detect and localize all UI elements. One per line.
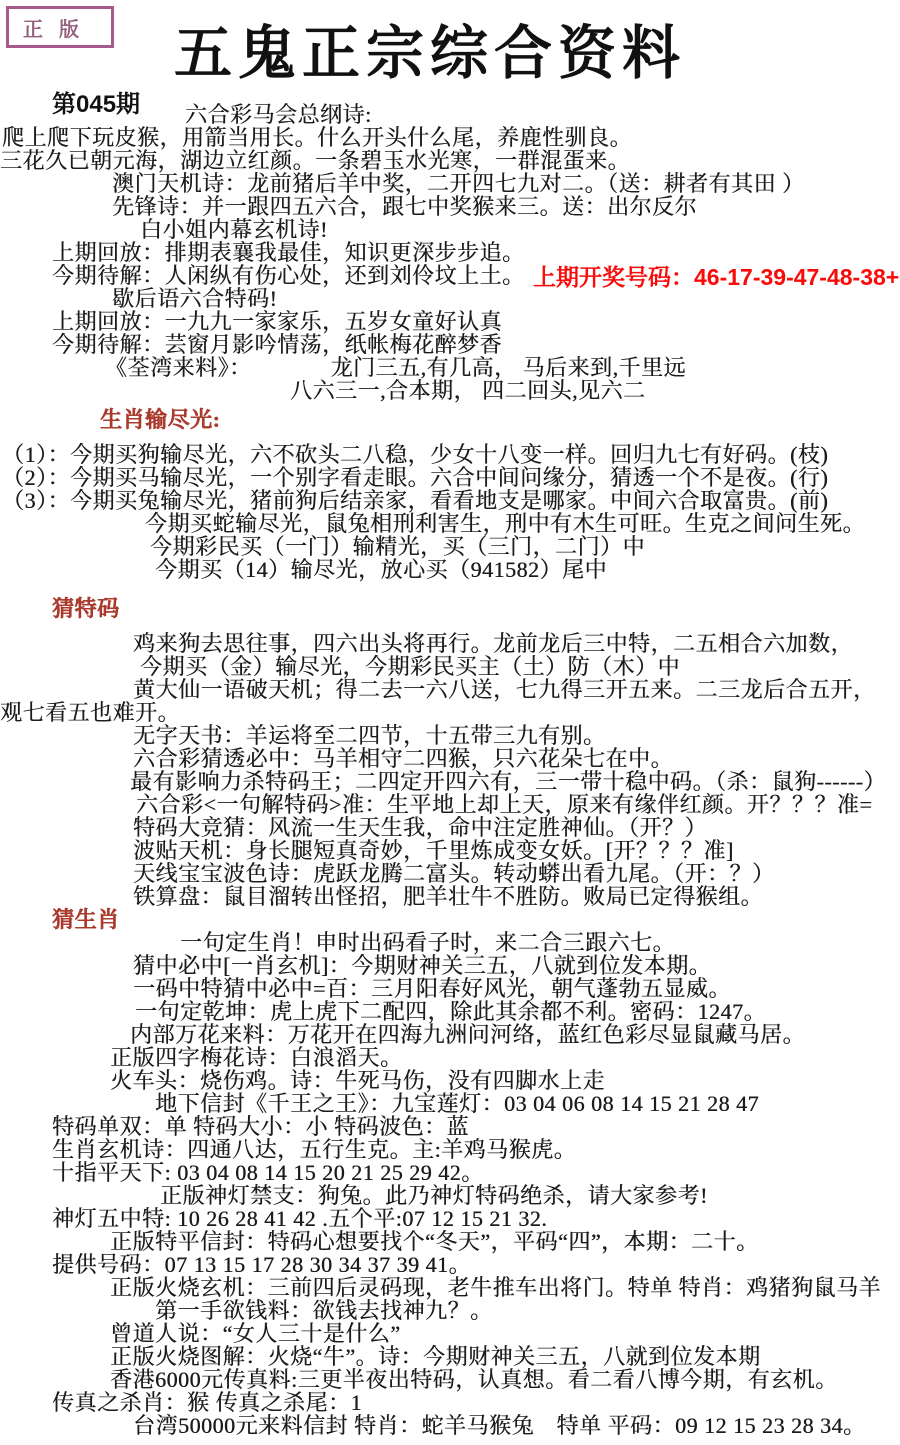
text-line: 上期回放：排期表襄我最佳，知识更深步步追。: [0, 241, 900, 264]
text-line: 内部万花来料：万花开在四海九洲问河络，蓝红色彩尽显鼠藏马居。: [0, 1023, 900, 1046]
text-line: 白小姐内幕玄机诗!: [0, 218, 900, 241]
text-line: 歇后语六合特码!: [0, 287, 900, 310]
text-line: 曾道人说：“女人三十是什么”: [0, 1322, 900, 1345]
page: 正版 五鬼正宗综合资料 第045期 上期开奖号码：46-17-39-47-48-…: [0, 0, 900, 1445]
text-line: 猜中必中[一肖玄机]：今期财神关三五，八就到位发本期。: [0, 954, 900, 977]
text-line: 天线宝宝波色诗：虎跃龙腾二富头。转动蟒出看九尾。（开：？）: [0, 862, 900, 885]
text-line: 正版火烧图解：火烧“牛”。诗：今期财神关三五，八就到位发本期: [0, 1345, 900, 1368]
text-line: 先锋诗：并一跟四五六合，跟七中奖猴来三。送：出尔反尔: [0, 195, 900, 218]
text-line: 今期买（金）输尽光，今期彩民买主（土）防（木）中: [0, 655, 900, 678]
text-line: 今期待解：人闲纵有伤心处，还到刘伶坟上土。: [0, 264, 900, 287]
text-line: 特码单双：单 特码大小：小 特码波色：蓝: [0, 1115, 900, 1138]
text-line: （3）：今期买兔输尽光，猪前狗后结亲家，看看地支是哪家。中间六合取富贵。(前): [0, 489, 900, 512]
text-line: 八六三一,合本期， 四二回头,见六二: [0, 379, 900, 402]
text-line: 传真之杀肖：猴 传真之杀尾：1: [0, 1391, 900, 1414]
text-line: 今期买（14）输尽光，放心买（941582）尾中: [0, 558, 900, 581]
text-line: 《荃湾来料》： 龙门三五,有几高， 马后来到,千里远: [0, 356, 900, 379]
text-line: （2）：今期买马输尽光，一个别字看走眼。六合中间问缘分，猜透一个不是夜。(行): [0, 466, 900, 489]
document-body: 六合彩马会总纲诗:爬上爬下玩皮猴，用箭当用长。什么开头什么尾，养鹿性驯良。三花久…: [0, 103, 900, 1437]
text-line: 香港6000元传真料:三更半夜出特码，认真想。看二看八博今期，有玄机。: [0, 1368, 900, 1391]
text-line: 第一手欲钱料：欲钱去找神九？。: [0, 1299, 900, 1322]
text-line: 台湾50000元来料信封 特肖：蛇羊马猴兔 特单 平码：09 12 15 23 …: [0, 1414, 900, 1437]
text-line: 正版火烧玄机：三前四后灵码现，老牛推车出将门。特单 特肖：鸡猪狗鼠马羊: [0, 1276, 900, 1299]
text-line: 上期回放：一九九一家家乐，五岁女童好认真: [0, 310, 900, 333]
text-line: 黄大仙一语破天机；得二去一六八送，七九得三开五来。二三龙后合五开，: [0, 678, 900, 701]
text-line: 六合彩猜透必中：马羊相守二四猴，只六花朵七在中。: [0, 747, 900, 770]
text-line: 波贴天机：身长腿短真奇妙，千里炼成变女妖。[开？？？准]: [0, 839, 900, 862]
text-line: 今期彩民买（一门）输精光，买（三门，二门）中: [0, 535, 900, 558]
text-line: 十指平天下: 03 04 08 14 15 20 21 25 29 42。: [0, 1161, 900, 1184]
text-line: 神灯五中特: 10 26 28 41 42 .五个平:07 12 15 21 3…: [0, 1207, 900, 1230]
text-line: 正版特平信封：特码心想要找个“冬天”，平码“四”，本期：二十。: [0, 1230, 900, 1253]
text-line: 火车头：烧伤鸡。诗：牛死马伤，没有四脚水上走: [0, 1069, 900, 1092]
text-line: 无字天书：羊运将至二四节，十五带三九有别。: [0, 724, 900, 747]
text-line: 一码中特猜中必中=百：三月阳春好风光，朝气蓬勃五显威。: [0, 977, 900, 1000]
text-line: 澳门天机诗：龙前猪后羊中奖，二开四七九对二。（送：耕者有其田 ）: [0, 172, 900, 195]
page-title: 五鬼正宗综合资料: [0, 6, 860, 90]
text-line: 六合彩<一句解特码>准：生平地上却上天，原来有缘伴红颜。开？？？准=: [0, 793, 900, 816]
text-line: 正版神灯禁支：狗兔。此乃神灯特码绝杀，请大家参考!: [0, 1184, 900, 1207]
text-line: 特码大竞猜：风流一生天生我，命中注定胜神仙。（开？）: [0, 816, 900, 839]
text-line: 一句定生肖！申时出码看子时，来二合三跟六七。: [0, 931, 900, 954]
text-line: 观七看五也难开。: [0, 701, 900, 724]
text-line: 提供号码：07 13 15 17 28 30 34 37 39 41。: [0, 1253, 900, 1276]
text-line: 六合彩马会总纲诗:: [0, 103, 900, 126]
text-line: 今期待解：芸窗月影吟情荡，纸帐梅花醉梦香: [0, 333, 900, 356]
section-heading: 猜特码: [0, 597, 900, 620]
text-line: 铁算盘：鼠目溜转出怪招，肥羊壮牛不胜防。败局已定得猴组。: [0, 885, 900, 908]
text-line: 三花久已朝元海，湖边立红颜。一条碧玉水光寒，一群混蛋来。: [0, 149, 900, 172]
text-line: （1）：今期买狗输尽光，六不砍头二八稳，少女十八变一样。回归九七有好码。(枝): [0, 443, 900, 466]
text-line: 生肖玄机诗：四通八达，五行生克。主:羊鸡马猴虎。: [0, 1138, 900, 1161]
text-line: 今期买蛇输尽光，鼠兔相刑利害生，刑中有木生可旺。生克之间问生死。: [0, 512, 900, 535]
section-heading: 生肖输尽光:: [0, 408, 900, 431]
text-line: 正版四字梅花诗：白浪滔天。: [0, 1046, 900, 1069]
text-line: 一句定乾坤：虎上虎下二配四，除此其余都不利。密码：1247。: [0, 1000, 900, 1023]
text-line: 地下信封《千王之王》：九宝莲灯：03 04 06 08 14 15 21 28 …: [0, 1092, 900, 1115]
section-heading: 猜生肖: [0, 908, 900, 931]
text-line: 最有影响力杀特码王；二四定开四六有，三一带十稳中码。（杀：鼠狗------）: [0, 770, 900, 793]
text-line: 爬上爬下玩皮猴，用箭当用长。什么开头什么尾，养鹿性驯良。: [0, 126, 900, 149]
text-line: 鸡来狗去思往事，四六出头将再行。龙前龙后三中特，二五相合六加数，: [0, 632, 900, 655]
